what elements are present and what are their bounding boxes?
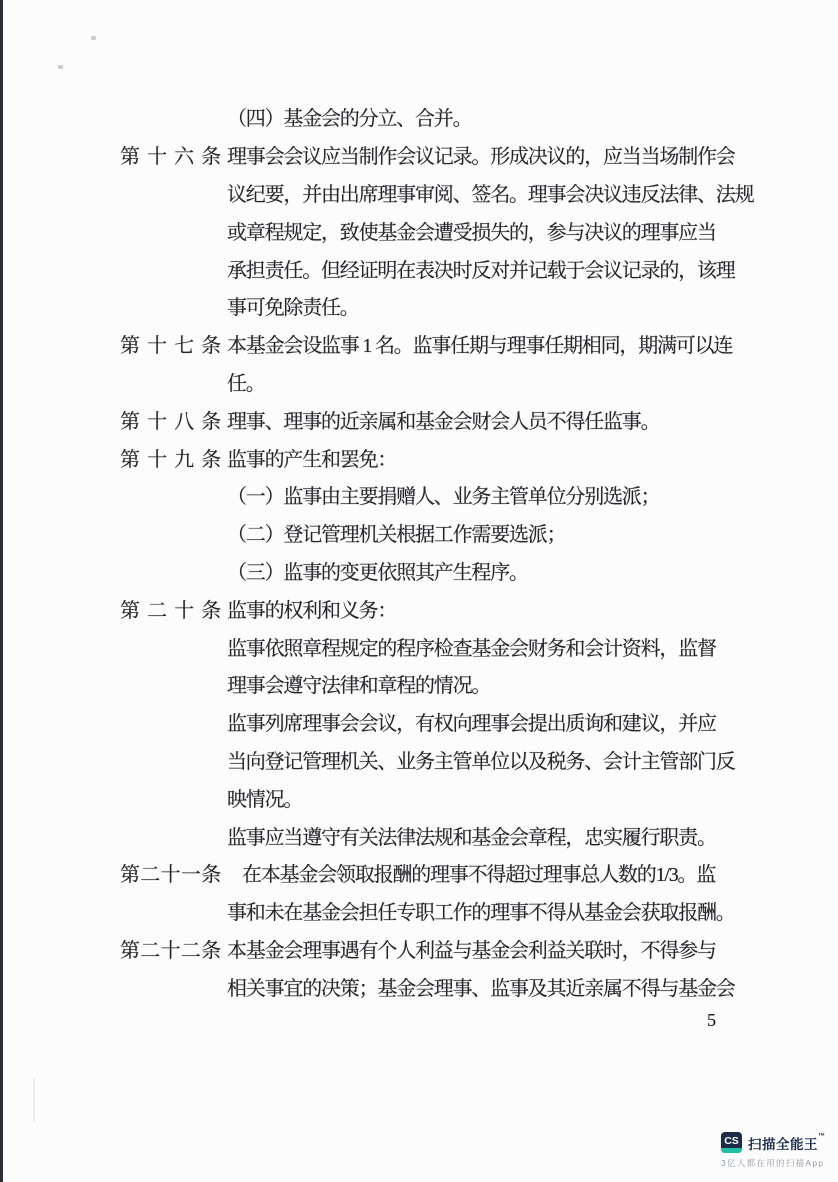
line-text: 本基金会理事遇有个人利益与基金会利益关联时，不得参与 xyxy=(227,934,716,963)
watermark-caption: 3亿人都在用的扫描App xyxy=(721,1157,826,1169)
document-line: 第十八条 理事、理事的近亲属和基金会财会人员不得任监事。 xyxy=(120,400,770,438)
scanned-document-page: （四）基金会的分立、合并。 第十六条 理事会会议应当制作会议记录。形成决议的，应… xyxy=(0,0,838,1182)
line-text: 事和未在基金会担任专职工作的理事不得从基金会获取报酬。 xyxy=(227,896,735,925)
camscanner-logo-strip xyxy=(721,1148,742,1153)
document-line: 或章程规定，致使基金会遭受损失的，参与决议的理事应当 xyxy=(120,211,770,249)
document-line: （二）登记管理机关根据工作需要选派； xyxy=(120,514,770,552)
article-number: 第十六条 xyxy=(120,140,220,169)
document-line: 监事依照章程规定的程序检查基金会财务和会计资料，监督 xyxy=(120,627,770,665)
line-text: （四）基金会的分立、合并。 xyxy=(227,102,471,131)
line-text: 承担责任。但经证明在表决时反对并记载于会议记录的，该理 xyxy=(227,254,735,283)
document-line: 相关事宜的决策；基金会理事、监事及其近亲属不得与基金会 xyxy=(120,967,770,1005)
document-line: 任。 xyxy=(120,363,770,401)
scan-speck xyxy=(58,65,63,69)
line-text: 任。 xyxy=(227,367,265,396)
document-line: （三）监事的变更依照其产生程序。 xyxy=(120,552,770,590)
line-text: 相关事宜的决策；基金会理事、监事及其近亲属不得与基金会 xyxy=(227,972,735,1001)
line-text: 事可免除责任。 xyxy=(227,291,359,320)
line-text: 监事列席理事会会议，有权向理事会提出质询和建议，并应 xyxy=(227,707,716,736)
line-text: 监事的权利和义务： xyxy=(227,594,396,623)
trademark-symbol: ™ xyxy=(818,1133,826,1140)
line-text: （三）监事的变更依照其产生程序。 xyxy=(227,556,528,585)
line-text: 本基金会设监事 1 名。监事任期与理事任期相同，期满可以连 xyxy=(227,329,732,358)
camscanner-logo-text: CS xyxy=(721,1133,742,1148)
document-line: 第二十一条 在本基金会领取报酬的理事不得超过理事总人数的1/3。监 xyxy=(120,854,770,892)
document-line: 当向登记管理机关、业务主管单位以及税务、会计主管部门反 xyxy=(120,741,770,779)
document-line: 第十七条 本基金会设监事 1 名。监事任期与理事任期相同，期满可以连 xyxy=(120,325,770,363)
document-line: 理事会遵守法律和章程的情况。 xyxy=(120,665,770,703)
watermark-brand-text: 扫描全能王™ xyxy=(748,1133,826,1153)
scan-edge-shadow xyxy=(0,0,3,1182)
document-line: 议纪要，并由出席理事审阅、签名。理事会决议违反法律、法规 xyxy=(120,174,770,212)
line-text: （一）监事由主要捐赠人、业务主管单位分别选派； xyxy=(227,480,659,509)
article-number: 第十九条 xyxy=(120,443,220,472)
document-line: 第十九条 监事的产生和罢免： xyxy=(120,438,770,476)
article-number: 第二十一条 xyxy=(120,858,220,887)
document-line: 第二十二条 本基金会理事遇有个人利益与基金会利益关联时，不得参与 xyxy=(120,930,770,968)
scan-fold-mark xyxy=(33,1078,35,1122)
document-line: 监事应当遵守有关法律法规和基金会章程，忠实履行职责。 xyxy=(120,816,770,854)
scan-speck xyxy=(91,36,96,40)
line-text: 映情况。 xyxy=(227,783,302,812)
line-text: 理事会会议应当制作会议记录。形成决议的，应当当场制作会 xyxy=(227,140,735,169)
article-number: 第二十二条 xyxy=(120,934,220,963)
document-line: 承担责任。但经证明在表决时反对并记载于会议记录的，该理 xyxy=(120,249,770,287)
watermark-brand-label: 扫描全能王 xyxy=(748,1137,818,1152)
camscanner-watermark: CS 扫描全能王™ 3亿人都在用的扫描App xyxy=(721,1132,826,1169)
line-text: 议纪要，并由出席理事审阅、签名。理事会决议违反法律、法规 xyxy=(227,178,753,207)
document-line: 第二十条 监事的权利和义务： xyxy=(120,589,770,627)
line-text: 当向登记管理机关、业务主管单位以及税务、会计主管部门反 xyxy=(227,745,735,774)
line-text: 监事依照章程规定的程序检查基金会财务和会计资料，监督 xyxy=(227,632,716,661)
article-number: 第十八条 xyxy=(120,405,220,434)
document-line: 映情况。 xyxy=(120,778,770,816)
line-text: 理事、理事的近亲属和基金会财会人员不得任监事。 xyxy=(227,405,659,434)
line-text: （二）登记管理机关根据工作需要选派； xyxy=(227,518,565,547)
document-line: 第十六条 理事会会议应当制作会议记录。形成决议的，应当当场制作会 xyxy=(120,136,770,174)
document-line: （一）监事由主要捐赠人、业务主管单位分别选派； xyxy=(120,476,770,514)
line-text: 监事的产生和罢免： xyxy=(227,443,396,472)
line-text: 理事会遵守法律和章程的情况。 xyxy=(227,669,490,698)
line-text: 或章程规定，致使基金会遭受损失的，参与决议的理事应当 xyxy=(227,216,716,245)
page-number: 5 xyxy=(707,1010,716,1031)
document-line: 事和未在基金会担任专职工作的理事不得从基金会获取报酬。 xyxy=(120,892,770,930)
document-line: 事可免除责任。 xyxy=(120,287,770,325)
document-line: （四）基金会的分立、合并。 xyxy=(120,98,770,136)
article-number: 第十七条 xyxy=(120,329,220,358)
document-body: （四）基金会的分立、合并。 第十六条 理事会会议应当制作会议记录。形成决议的，应… xyxy=(120,98,770,1005)
document-line: 监事列席理事会会议，有权向理事会提出质询和建议，并应 xyxy=(120,703,770,741)
watermark-row: CS 扫描全能王™ xyxy=(721,1132,826,1153)
article-number: 第二十条 xyxy=(120,594,220,623)
line-text: 在本基金会领取报酬的理事不得超过理事总人数的1/3。监 xyxy=(227,858,715,887)
line-text: 监事应当遵守有关法律法规和基金会章程，忠实履行职责。 xyxy=(227,821,716,850)
camscanner-logo-icon: CS xyxy=(721,1132,742,1153)
